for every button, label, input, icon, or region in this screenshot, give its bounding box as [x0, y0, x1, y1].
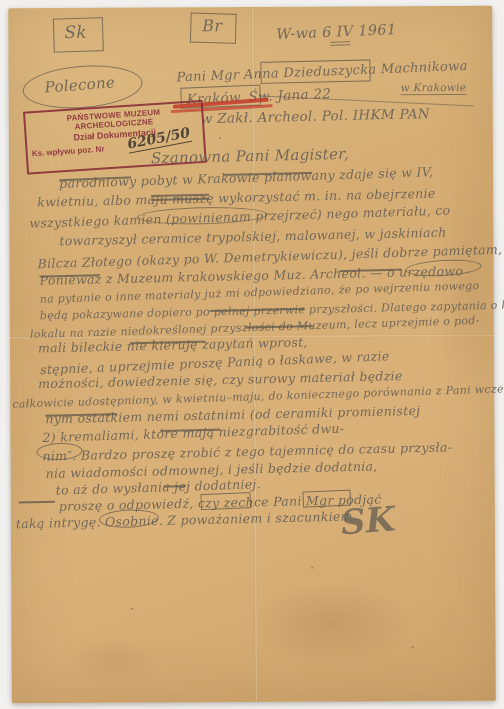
letter-paper: Sk Br W-wa 6 IV 1961 Polecone Pani Mgr A…	[8, 6, 496, 704]
date-roman-numeral-underline	[330, 41, 350, 46]
initials-right: Br	[202, 16, 222, 35]
insertion-circle	[405, 258, 482, 278]
scanned-letter: Sk Br W-wa 6 IV 1961 Polecone Pani Mgr A…	[0, 0, 504, 709]
recipient-location-note: w Krakowie	[401, 82, 467, 95]
paper-speckle	[311, 567, 313, 569]
recipient-surname-box	[260, 59, 370, 83]
paper-stain	[251, 581, 411, 667]
initials-left: Sk	[64, 23, 87, 43]
paper-speckle	[131, 608, 133, 610]
highlighted-word-box	[200, 492, 251, 510]
paper-stain	[66, 637, 161, 682]
paper-speckle	[412, 646, 414, 648]
signature: SK	[339, 499, 397, 543]
dateline: W-wa 6 IV 1961	[276, 22, 397, 43]
strikethrough-mark	[19, 501, 55, 503]
paper-speckle	[219, 137, 221, 139]
salutation: Szanowna Pani Magister,	[151, 145, 349, 167]
